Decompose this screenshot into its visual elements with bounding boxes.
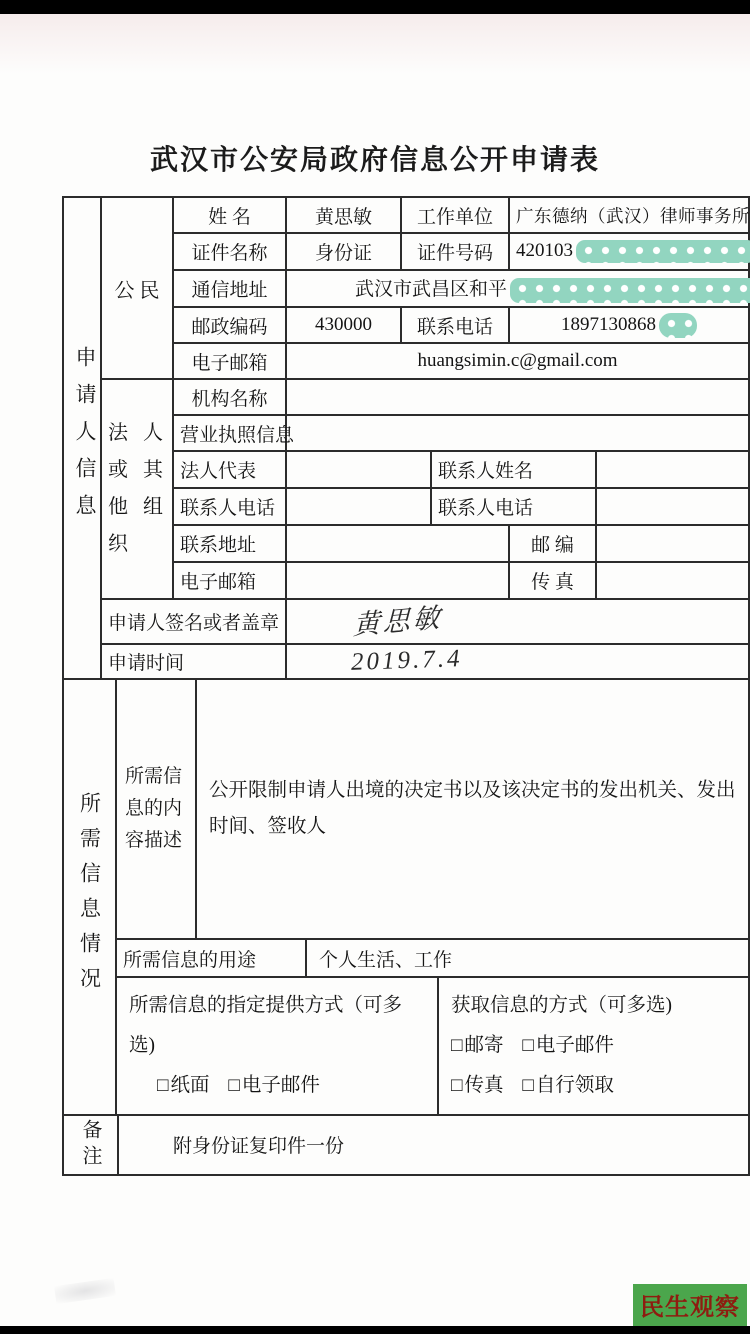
signature-label: 申请人签名或者盖章 [101, 599, 286, 644]
contact-name-label: 联系人姓名 [431, 451, 596, 488]
remark-value: 附身份证复印件一份 [118, 1115, 749, 1175]
option-email-obtain: □电子邮件 [522, 1035, 614, 1056]
table-row: 申请人信息 公 民 姓 名 黄思敏 工作单位 广东德纳（武汉）律师事务所 [63, 197, 749, 233]
handwritten-signature: 黄思敏 [293, 595, 443, 647]
work-unit-value: 广东德纳（武汉）律师事务所 [509, 197, 749, 233]
content-description-label: 所需信息的内容描述 [116, 679, 196, 939]
org-email-value [286, 562, 509, 599]
scan-smudge [54, 1278, 116, 1304]
table-row: 所需信息情况 所需信息的内容描述 公开限制申请人出境的决定书以及该决定书的发出机… [63, 679, 749, 939]
purpose-label: 所需信息的用途 [116, 939, 306, 977]
group-label-organization-text: 法人或其他组织 [108, 415, 178, 563]
option-mail-label: 邮寄 [464, 1035, 503, 1056]
table-row: 所需信息的用途 个人生活、工作 [63, 939, 749, 977]
option-fax: □传真 [451, 1075, 504, 1096]
purpose-value: 个人生活、工作 [306, 939, 749, 977]
screen-bottom-bar [0, 1326, 750, 1334]
table-row: 所需信息的指定提供方式（可多选) □纸面 □电子邮件 获取信息的方式（可多选) … [63, 977, 749, 1115]
option-email-provide-label: 电子邮件 [242, 1075, 320, 1096]
work-unit-label: 工作单位 [401, 197, 509, 233]
checkbox-icon: □ [522, 1027, 533, 1066]
content-description-value: 公开限制申请人出境的决定书以及该决定书的发出机关、发出时间、签收人 [196, 679, 749, 939]
license-label: 营业执照信息 [173, 415, 286, 451]
contact-address-label: 联系地址 [173, 525, 286, 562]
org-postal-label: 邮 编 [509, 525, 596, 562]
legal-rep-value [286, 451, 431, 488]
group-label-citizen: 公 民 [101, 197, 173, 379]
option-email-provide: □电子邮件 [228, 1075, 320, 1096]
section-label-remark-text: 备注 [76, 1119, 105, 1171]
section-label-requested-info-text: 所需信息情况 [75, 792, 105, 1002]
table-row: 申请人签名或者盖章 黄思敏 [63, 599, 749, 644]
application-date-label: 申请时间 [101, 644, 286, 679]
checkbox-icon: □ [522, 1067, 533, 1106]
id-number-visible: 420103 [516, 240, 573, 261]
contact-name-value [596, 451, 749, 488]
checkbox-icon: □ [157, 1067, 168, 1106]
screen-top-bar [0, 0, 750, 14]
handwritten-date: 2019.7.4 [293, 645, 463, 679]
id-type-label: 证件名称 [173, 233, 286, 270]
phone-label: 联系电话 [401, 307, 509, 343]
contact-phone2-label: 联系人电话 [431, 488, 596, 525]
provide-method-options: □纸面 □电子邮件 [129, 1066, 425, 1106]
obtain-method-label: 获取信息的方式（可多选) [451, 986, 736, 1026]
phone-visible: 1897130868 [561, 313, 656, 334]
postal-code-value: 430000 [286, 307, 401, 343]
provide-method-cell: 所需信息的指定提供方式（可多选) □纸面 □电子邮件 [116, 977, 438, 1115]
application-date-value: 2019.7.4 [286, 644, 749, 679]
email-value: huangsimin.c@gmail.com [286, 343, 749, 379]
org-name-value [286, 379, 749, 415]
id-number-value: 420103 [509, 233, 749, 270]
postal-code-label: 邮政编码 [173, 307, 286, 343]
obtain-method-options-line1: □邮寄 □电子邮件 [451, 1026, 736, 1066]
option-self-pickup-label: 自行领取 [536, 1075, 614, 1096]
org-postal-value [596, 525, 749, 562]
redaction-bar [659, 313, 697, 338]
provide-method-label: 所需信息的指定提供方式（可多选) [129, 986, 425, 1066]
option-email-obtain-label: 电子邮件 [536, 1035, 614, 1056]
table-row: 备注 附身份证复印件一份 [63, 1115, 749, 1175]
group-label-organization: 法人或其他组织 [101, 379, 173, 599]
fax-label: 传 真 [509, 562, 596, 599]
applicant-info-table: 申请人信息 公 民 姓 名 黄思敏 工作单位 广东德纳（武汉）律师事务所 证件名… [62, 196, 750, 680]
contact-phone-value [286, 488, 431, 525]
redaction-bar [510, 278, 750, 303]
section-label-applicant: 申请人信息 [63, 197, 101, 679]
option-paper-label: 纸面 [170, 1075, 209, 1096]
table-row: 申请时间 2019.7.4 [63, 644, 749, 679]
checkbox-icon: □ [228, 1067, 239, 1106]
watermark-badge: 民生观察 [633, 1284, 747, 1326]
option-paper: □纸面 [157, 1075, 210, 1096]
application-form: 申请人信息 公 民 姓 名 黄思敏 工作单位 广东德纳（武汉）律师事务所 证件名… [62, 196, 748, 1176]
option-fax-label: 传真 [464, 1075, 503, 1096]
page-title: 武汉市公安局政府信息公开申请表 [0, 138, 750, 178]
checkbox-icon: □ [451, 1067, 462, 1106]
fax-value [596, 562, 749, 599]
name-value: 黄思敏 [286, 197, 401, 233]
obtain-method-options-line2: □传真 □自行领取 [451, 1066, 736, 1106]
option-mail: □邮寄 [451, 1035, 504, 1056]
org-name-label: 机构名称 [173, 379, 286, 415]
redaction-bar [576, 240, 750, 263]
id-type-value: 身份证 [286, 233, 401, 270]
address-visible: 武汉市武昌区和平 [355, 279, 507, 300]
id-number-label: 证件号码 [401, 233, 509, 270]
signature-value: 黄思敏 [286, 599, 749, 644]
section-label-requested-info: 所需信息情况 [63, 679, 116, 1115]
name-label: 姓 名 [173, 197, 286, 233]
email-label: 电子邮箱 [173, 343, 286, 379]
paper-tint [0, 14, 750, 74]
table-row: 法人或其他组织 机构名称 [63, 379, 749, 415]
remark-table: 备注 附身份证复印件一份 [62, 1114, 750, 1176]
contact-address-value [286, 525, 509, 562]
legal-rep-label: 法人代表 [173, 451, 286, 488]
section-label-applicant-text: 申请人信息 [70, 346, 100, 531]
address-label: 通信地址 [173, 270, 286, 307]
address-value: 武汉市武昌区和平 [286, 270, 749, 307]
contact-phone2-value [596, 488, 749, 525]
license-value [286, 415, 749, 451]
org-email-label: 电子邮箱 [173, 562, 286, 599]
checkbox-icon: □ [451, 1027, 462, 1066]
option-self-pickup: □自行领取 [522, 1075, 614, 1096]
contact-phone-label: 联系人电话 [173, 488, 286, 525]
section-label-remark: 备注 [63, 1115, 118, 1175]
obtain-method-cell: 获取信息的方式（可多选) □邮寄 □电子邮件 □传真 □自行领取 [438, 977, 749, 1115]
phone-value: 1897130868 [509, 307, 749, 343]
requested-info-table: 所需信息情况 所需信息的内容描述 公开限制申请人出境的决定书以及该决定书的发出机… [62, 678, 750, 1116]
